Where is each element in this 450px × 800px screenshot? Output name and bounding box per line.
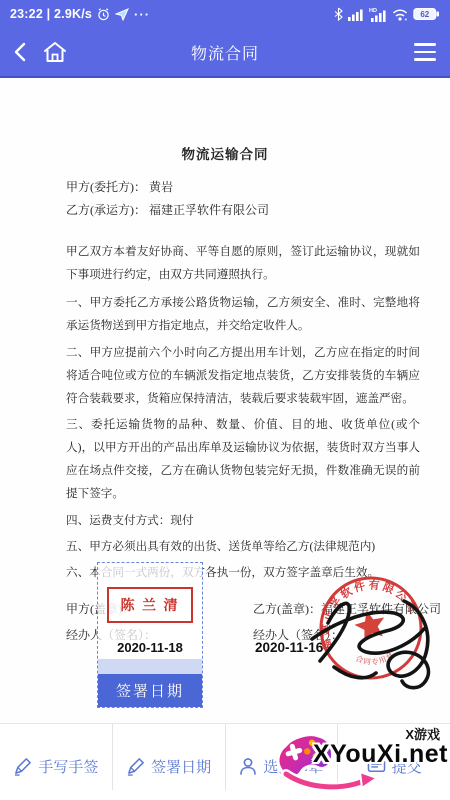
- select-seal-label: 选择印章: [263, 756, 323, 777]
- hd-signal-bars-icon: HD: [369, 7, 387, 22]
- battery-icon: 62: [413, 7, 440, 21]
- hd-label: HD: [369, 8, 377, 14]
- contract-paragraph: 二、甲方应提前六个小时向乙方提出用车计划，乙方应在指定的时间将适合吨位或方位的车…: [66, 341, 420, 410]
- widget-type-label: 签署日期: [98, 674, 202, 707]
- contract-paragraph: 五、甲方必须出具有效的出货、送货单等给乙方(法律规范内): [66, 535, 420, 558]
- contract-paragraph: 三、委托运输货物的品种、数量、价值、目的地、收货单位(或个人)，以甲方开出的产品…: [66, 413, 420, 505]
- signal-bars-icon: [348, 8, 364, 21]
- sign-date-button[interactable]: 签署日期: [112, 724, 225, 790]
- submit-label: 提交: [392, 756, 422, 777]
- handwrite-sign-label: 手写手签: [38, 756, 98, 777]
- party-a-line: 甲方(委托方)： 黄岩: [0, 176, 450, 199]
- submit-icon: [367, 758, 386, 775]
- contract-body: 甲乙双方本着友好协商、平等自愿的原则，签订此运输协议，现就如下事项进行约定，由双…: [0, 240, 450, 584]
- name-stamp: 陈 兰 清: [107, 587, 193, 623]
- party-b-line: 乙方(承运方)： 福建正孚软件有限公司: [0, 199, 450, 222]
- more-notifications-dots: ···: [134, 7, 150, 22]
- handwritten-signature: [306, 583, 450, 698]
- battery-percent: 62: [420, 10, 429, 19]
- sign-date-label: 签署日期: [151, 756, 211, 777]
- pen-icon: [126, 757, 145, 776]
- clock-and-netspeed: 23:22 | 2.9K/s: [10, 7, 92, 21]
- contract-title: 物流运输合同: [0, 146, 450, 164]
- handwrite-sign-button[interactable]: 手写手签: [0, 724, 112, 790]
- nav-bar: 物流合同: [0, 28, 450, 78]
- widget-highlight-strip: [98, 659, 202, 674]
- app-screen: 23:22 | 2.9K/s ··· HD: [0, 0, 450, 800]
- contract-paragraph: 甲乙双方本着友好协商、平等自愿的原则，签订此运输协议，现就如下事项进行约定，由双…: [66, 240, 420, 286]
- page-title: 物流合同: [0, 41, 450, 64]
- alarm-clock-icon: [97, 8, 110, 21]
- pen-icon: [13, 757, 32, 776]
- status-bar: 23:22 | 2.9K/s ··· HD: [0, 0, 450, 28]
- bluetooth-icon: [334, 7, 343, 21]
- signing-date-widget[interactable]: 陈 兰 清 2020-11-18 签署日期: [97, 562, 203, 708]
- person-icon: [239, 757, 257, 776]
- select-seal-button[interactable]: 选择印章: [225, 724, 338, 790]
- widget-date-value: 2020-11-18: [98, 640, 202, 655]
- contract-paragraph: 一、甲方委托乙方承接公路货物运输，乙方须安全、准时、完整地将承运货物送到甲方指定…: [66, 291, 420, 337]
- contract-paragraph: 四、运费支付方式：现付: [66, 509, 420, 532]
- wifi-icon: [392, 8, 408, 21]
- submit-button[interactable]: 提交: [337, 724, 450, 790]
- navigation-arrow-icon: [115, 8, 129, 21]
- bottom-toolbar: 手写手签 签署日期 选择印章 提交: [0, 723, 450, 800]
- menu-icon[interactable]: [414, 43, 436, 61]
- contract-document[interactable]: 物流运输合同 甲方(委托方)： 黄岩 乙方(承运方)： 福建正孚软件有限公司 甲…: [0, 80, 450, 723]
